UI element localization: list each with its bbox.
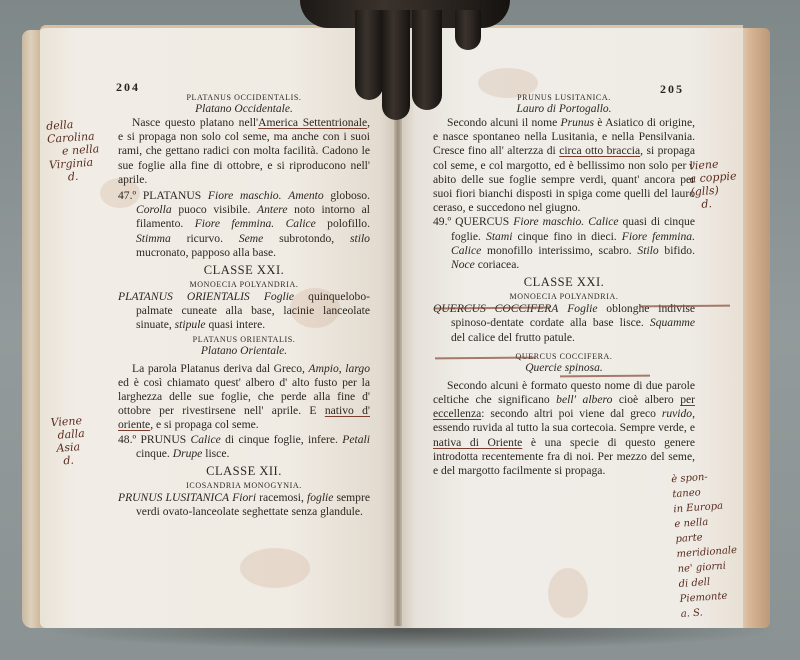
marginal-note-left-top: della Carolina e nella Virginia d. bbox=[46, 116, 102, 184]
paragraph-prunus-lusitanica: Secondo alcuni il nome Prunus è Asiatico… bbox=[433, 116, 695, 215]
marginal-note-left-bottom: Viene dalla Asia d. bbox=[50, 414, 87, 468]
common-name-title: Quercie spinosa. bbox=[433, 362, 695, 375]
entry-47-platanus: 47.º PLATANUS Fiore maschio. Amento glob… bbox=[118, 189, 370, 260]
class-heading: CLASSE XII. bbox=[118, 463, 370, 480]
entry-48-prunus: 48.º PRUNUS Calice di cinque foglie, inf… bbox=[118, 433, 370, 461]
species-platanus-orientalis: PLATANUS ORIENTALIS Foglie quinquelobo-p… bbox=[118, 290, 370, 333]
underlined-annotation: nativa di Oriente bbox=[433, 436, 522, 449]
paragraph-platanus-orientalis: La parola Platanus deriva dal Greco, Amp… bbox=[118, 362, 370, 433]
foxing-stain bbox=[240, 548, 310, 588]
hand-shaped-page-clip bbox=[300, 0, 510, 120]
right-page-text: Prunus Lusitanica. Lauro di Portogallo. … bbox=[433, 82, 695, 478]
clip-finger bbox=[382, 10, 410, 120]
marginal-note-right-bottom: è spon- taneo in Europa e nella parte me… bbox=[671, 468, 742, 622]
entry-49-quercus: 49.º QUERCUS Fiore maschio. Calice quasi… bbox=[433, 215, 695, 272]
class-heading: CLASSE XXI. bbox=[433, 274, 695, 291]
clip-finger bbox=[355, 10, 383, 100]
running-header: Platanus Orientalis. bbox=[118, 334, 370, 345]
clip-finger bbox=[412, 10, 442, 110]
order-heading: Icosandria Monogynia. bbox=[118, 480, 370, 491]
foxing-stain bbox=[548, 568, 588, 618]
species-prunus-lusitanica: PRUNUS LUSITANICA Fiori racemosi, foglie… bbox=[118, 491, 370, 519]
marginal-note-right-top: viene a coppie (glls) d. bbox=[688, 156, 738, 211]
left-page-text: Platanus Occidentalis. Platano Occidenta… bbox=[118, 78, 370, 519]
order-heading: Monoecia Polyandria. bbox=[118, 279, 370, 290]
class-heading: CLASSE XXI. bbox=[118, 262, 370, 279]
clip-thumb bbox=[455, 10, 481, 50]
common-name-title: Platano Orientale. bbox=[118, 345, 370, 358]
underlined-annotation: circa otto braccia bbox=[559, 144, 640, 157]
paragraph-quercus-coccifera: Secondo alcuni è formato questo nome di … bbox=[433, 379, 695, 478]
paragraph-platanus-occidentalis: Nasce questo platano nell'America Setten… bbox=[118, 116, 370, 187]
order-heading: Monoecia Polyandria. bbox=[433, 291, 695, 302]
